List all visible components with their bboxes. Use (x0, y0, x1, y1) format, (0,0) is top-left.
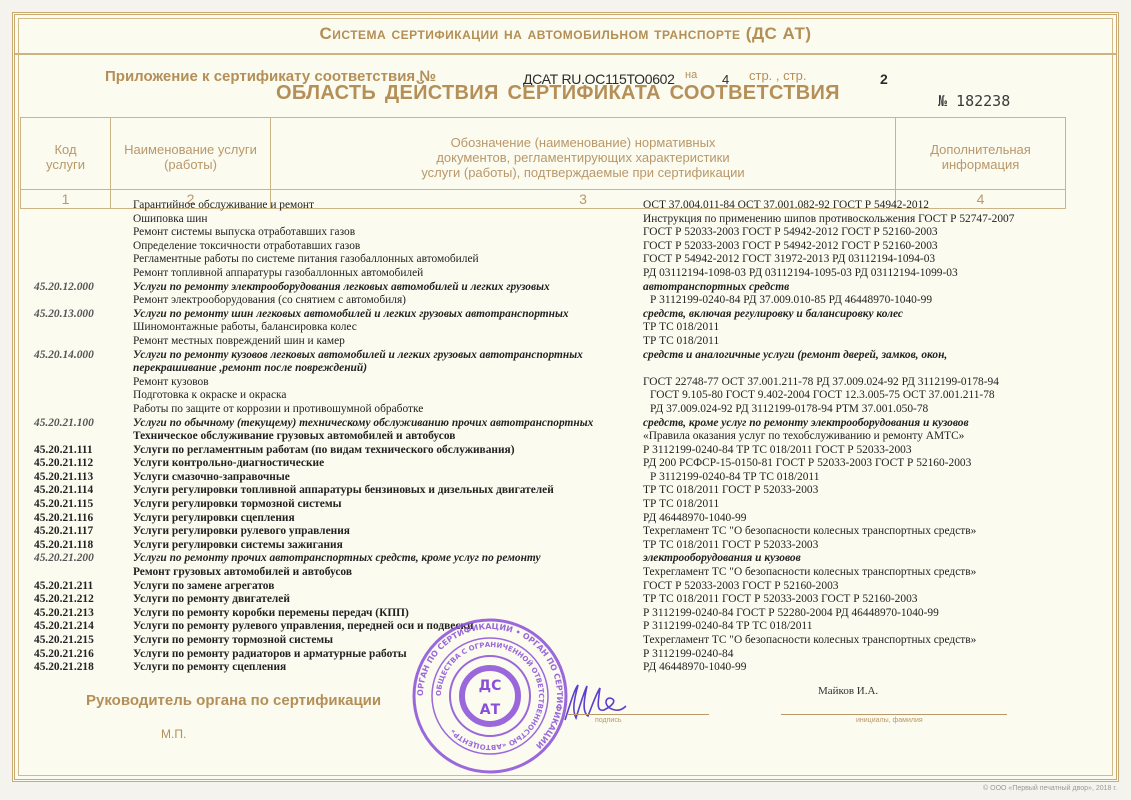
service-code: 45.20.21.200 (34, 552, 94, 566)
table-row: 45.20.21.113Услуги смазочно-заправочныеР… (0, 471, 1131, 485)
normative-docs: ГОСТ Р 52033-2003 ГОСТ Р 54942-2012 ГОСТ… (643, 240, 938, 254)
service-name: Услуги по ремонту электрооборудования ле… (133, 281, 550, 295)
normative-docs: Р 3112199-0240-84 ТР ТС 018/2011 ГОСТ Р … (643, 444, 912, 458)
table-row: 45.20.21.211Услуги по замене агрегатовГО… (0, 580, 1131, 594)
svg-text:ОБЩЕСТВА С ОГРАНИЧЕННОЙ ОТВЕТС: ОБЩЕСТВА С ОГРАНИЧЕННОЙ ОТВЕТСТВЕННОСТЬЮ… (435, 641, 545, 751)
table-row: 45.20.21.112Услуги контрольно-диагностич… (0, 457, 1131, 471)
service-name: Подготовка к окраске и окраска (133, 389, 286, 403)
table-row: Работы по защите от коррозии и противошу… (0, 403, 1131, 417)
services-list: Гарантийное обслуживание и ремонтОСТ 37.… (0, 199, 1131, 675)
service-name: Услуги контрольно-диагностические (133, 457, 324, 471)
normative-docs: средств, кроме услуг по ремонту электроо… (643, 417, 969, 431)
service-name: Услуги по обычному (текущему) техническо… (133, 417, 593, 431)
page-number: 2 (880, 71, 888, 87)
service-name: Определение токсичности отработавших газ… (133, 240, 360, 254)
normative-docs: Инструкция по применению шипов противоск… (643, 213, 1014, 227)
table-row: Ремонт системы выпуска отработавших газо… (0, 226, 1131, 240)
table-row: Подготовка к окраске и окраскаГОСТ 9.105… (0, 389, 1131, 403)
service-code: 45.20.21.114 (34, 484, 93, 498)
table-row: 45.20.14.000Услуги по ремонту кузовов ле… (0, 349, 1131, 363)
pages-label: стр. , стр. (749, 68, 806, 83)
service-code: 45.20.21.212 (34, 593, 94, 607)
normative-docs: ТР ТС 018/2011 ГОСТ Р 52033-2003 ГОСТ Р … (643, 593, 917, 607)
normative-docs: Р 3112199-0240-84 (643, 648, 733, 662)
service-name: Работы по защите от коррозии и противошу… (133, 403, 423, 417)
table-row: 45.20.21.111Услуги по регламентным работ… (0, 444, 1131, 458)
normative-docs: Техрегламент ТС "О безопасности колесных… (643, 525, 976, 539)
normative-docs: ГОСТ 22748-77 ОСТ 37.001.211-78 РД 37.00… (643, 376, 999, 390)
table-row: Ремонт грузовых автомобилей и автобусовТ… (0, 566, 1131, 580)
name-caption: инициалы, фамилия (856, 717, 923, 724)
service-name: Ошиповка шин (133, 213, 208, 227)
service-code: 45.20.21.218 (34, 661, 94, 675)
normative-docs: ТР ТС 018/2011 (643, 321, 719, 335)
signature-caption: подпись (595, 717, 621, 724)
service-code: 45.20.21.117 (34, 525, 93, 539)
table-row: Ремонт электрооборудования (со снятием с… (0, 294, 1131, 308)
normative-docs: Р 3112199-0240-84 ТР ТС 018/2011 (643, 620, 812, 634)
service-name: Услуги по ремонту сцепления (133, 661, 286, 675)
service-name: Услуги по ремонту кузовов легковых автом… (133, 349, 583, 363)
column-header-1: Кодуслуги (21, 118, 111, 190)
service-name: Шиномонтажные работы, балансировка колес (133, 321, 357, 335)
normative-docs: ГОСТ 9.105-80 ГОСТ 9.402-2004 ГОСТ 12.3.… (650, 389, 995, 403)
normative-docs: «Правила оказания услуг по техобслуживан… (643, 430, 964, 444)
service-name: Услуги по замене агрегатов (133, 580, 274, 594)
normative-docs: РД 46448970-1040-99 (643, 512, 746, 526)
service-name: Ремонт системы выпуска отработавших газо… (133, 226, 355, 240)
service-name: Ремонт кузовов (133, 376, 209, 390)
table-row: Техническое обслуживание грузовых автомо… (0, 430, 1131, 444)
normative-docs: ОСТ 37.004.011-84 ОСТ 37.001.082-92 ГОСТ… (643, 199, 929, 213)
service-code: 45.20.21.215 (34, 634, 94, 648)
signer-name: Майков И.А. (818, 685, 878, 697)
service-name: Услуги регулировки сцепления (133, 512, 295, 526)
normative-docs: средств, включая регулировку и балансиро… (643, 308, 903, 322)
service-name: Ремонт грузовых автомобилей и автобусов (133, 566, 352, 580)
on-label: на (685, 69, 697, 81)
table-row: 45.20.21.200Услуги по ремонту прочих авт… (0, 552, 1131, 566)
service-code: 45.20.21.113 (34, 471, 93, 485)
column-header-4: Дополнительнаяинформация (896, 118, 1066, 190)
blank-number: № 182238 (938, 92, 1010, 110)
service-code: 45.20.12.000 (34, 281, 94, 295)
service-name: Услуги по ремонту тормозной системы (133, 634, 333, 648)
normative-docs: ТР ТС 018/2011 (643, 498, 719, 512)
service-name: Ремонт местных повреждений шин и камер (133, 335, 345, 349)
seal-place-label: М.П. (161, 727, 186, 741)
service-name: Услуги смазочно-заправочные (133, 471, 290, 485)
name-line (781, 714, 1007, 715)
table-row: Ремонт кузововГОСТ 22748-77 ОСТ 37.001.2… (0, 376, 1131, 390)
system-title: Система сертификации на автомобильном тр… (319, 24, 811, 44)
table-row: 45.20.21.116Услуги регулировки сцепления… (0, 512, 1131, 526)
copyright: © ООО «Первый печатный двор», 2018 г. (983, 785, 1117, 792)
table-row: 45.20.21.114Услуги регулировки топливной… (0, 484, 1131, 498)
normative-docs: ГОСТ Р 54942-2012 ГОСТ 31972-2013 РД 031… (643, 253, 935, 267)
table-row: 45.20.21.118Услуги регулировки системы з… (0, 539, 1131, 553)
normative-docs: РД 37.009.024-92 РД 3112199-0178-94 РТМ … (650, 403, 928, 417)
normative-docs: электрооборудования и кузовов (643, 552, 801, 566)
normative-docs: ТР ТС 018/2011 ГОСТ Р 52033-2003 (643, 484, 818, 498)
normative-docs: ГОСТ Р 52033-2003 ГОСТ Р 54942-2012 ГОСТ… (643, 226, 938, 240)
service-name: Услуги по ремонту двигателей (133, 593, 290, 607)
table-row: Гарантийное обслуживание и ремонтОСТ 37.… (0, 199, 1131, 213)
service-name: Услуги по ремонту радиаторов и арматурны… (133, 648, 407, 662)
normative-docs: ГОСТ Р 52033-2003 ГОСТ Р 52160-2003 (643, 580, 838, 594)
service-code: 45.20.21.115 (34, 498, 93, 512)
normative-docs: РД 03112194-1098-03 РД 03112194-1095-03 … (643, 267, 958, 281)
column-header-2: Наименование услуги(работы) (111, 118, 271, 190)
table-row: 45.20.21.115Услуги регулировки тормозной… (0, 498, 1131, 512)
service-code: 45.20.21.214 (34, 620, 94, 634)
service-code: 45.20.21.111 (34, 444, 93, 458)
service-name: Услуги по регламентным работам (по видам… (133, 444, 515, 458)
service-code: 45.20.21.100 (34, 417, 94, 431)
service-name: Ремонт электрооборудования (со снятием с… (133, 294, 406, 308)
normative-docs: РД 200 РСФСР-15-0150-81 ГОСТ Р 52033-200… (643, 457, 971, 471)
table-row: перекрашивание ,ремонт после повреждений… (0, 362, 1131, 376)
service-name: Услуги регулировки тормозной системы (133, 498, 341, 512)
table-row: 45.20.21.100Услуги по обычному (текущему… (0, 417, 1131, 431)
normative-docs: Техрегламент ТС "О безопасности колесных… (643, 566, 976, 580)
service-name: Услуги регулировки топливной аппаратуры … (133, 484, 554, 498)
column-header-3: Обозначение (наименование) нормативныхдо… (271, 118, 896, 190)
service-code: 45.20.21.116 (34, 512, 93, 526)
svg-text:ДС: ДС (479, 678, 502, 694)
table-row: Определение токсичности отработавших газ… (0, 240, 1131, 254)
service-name: Регламентные работы по системе питания г… (133, 253, 479, 267)
normative-docs: автотранспортных средств (643, 281, 789, 295)
normative-docs: Р 3112199-0240-84 ТР ТС 018/2011 (650, 471, 819, 485)
service-code: 45.20.14.000 (34, 349, 94, 363)
service-name: перекрашивание ,ремонт после повреждений… (133, 362, 367, 376)
seal-stamp-icon: ОРГАН ПО СЕРТИФИКАЦИИ • ОРГАН ПО СЕРТИФИ… (410, 616, 570, 776)
normative-docs: Р 3112199-0240-84 РД 37.009.010-85 РД 46… (650, 294, 932, 308)
table-row: Ремонт местных повреждений шин и камерТР… (0, 335, 1131, 349)
service-code: 45.20.21.211 (34, 580, 93, 594)
normative-docs: ТР ТС 018/2011 (643, 335, 719, 349)
normative-docs: ТР ТС 018/2011 ГОСТ Р 52033-2003 (643, 539, 818, 553)
service-name: Техническое обслуживание грузовых автомо… (133, 430, 455, 444)
table-header: КодуслугиНаименование услуги(работы)Обоз… (20, 117, 1066, 209)
table-row: 45.20.21.117Услуги регулировки рулевого … (0, 525, 1131, 539)
table-row: Шиномонтажные работы, балансировка колес… (0, 321, 1131, 335)
normative-docs: средств и аналогичные услуги (ремонт две… (643, 349, 947, 363)
scope-title: ОБЛАСТЬ ДЕЙСТВИЯ СЕРТИФИКАТА СООТВЕТСТВИ… (276, 82, 840, 105)
table-row: Ремонт топливной аппаратуры газобаллонны… (0, 267, 1131, 281)
head-of-body-label: Руководитель органа по сертификации (86, 692, 381, 709)
service-code: 45.20.21.112 (34, 457, 93, 471)
service-name: Услуги регулировки рулевого управления (133, 525, 350, 539)
service-name: Услуги по ремонту прочих автотранспортны… (133, 552, 541, 566)
table-row: 45.20.13.000Услуги по ремонту шин легков… (0, 308, 1131, 322)
normative-docs: Техрегламент ТС "О безопасности колесных… (643, 634, 976, 648)
service-name: Услуги регулировки системы зажигания (133, 539, 343, 553)
service-name: Услуги по ремонту коробки перемены перед… (133, 607, 409, 621)
table-row: Регламентные работы по системе питания г… (0, 253, 1131, 267)
service-name: Гарантийное обслуживание и ремонт (133, 199, 314, 213)
table-row: Ошиповка шинИнструкция по применению шип… (0, 213, 1131, 227)
service-name: Ремонт топливной аппаратуры газобаллонны… (133, 267, 423, 281)
service-code: 45.20.21.216 (34, 648, 94, 662)
service-code: 45.20.21.213 (34, 607, 94, 621)
service-name: Услуги по ремонту шин легковых автомобил… (133, 308, 569, 322)
service-code: 45.20.13.000 (34, 308, 94, 322)
normative-docs: Р 3112199-0240-84 ГОСТ Р 52280-2004 РД 4… (643, 607, 939, 621)
svg-text:АТ: АТ (480, 702, 501, 718)
table-row: 45.20.12.000Услуги по ремонту электрообо… (0, 281, 1131, 295)
system-title-bar: Система сертификации на автомобильном тр… (15, 15, 1116, 55)
signature-line (567, 714, 709, 715)
normative-docs: РД 46448970-1040-99 (643, 661, 746, 675)
service-code: 45.20.21.118 (34, 539, 93, 553)
table-row: 45.20.21.212Услуги по ремонту двигателей… (0, 593, 1131, 607)
